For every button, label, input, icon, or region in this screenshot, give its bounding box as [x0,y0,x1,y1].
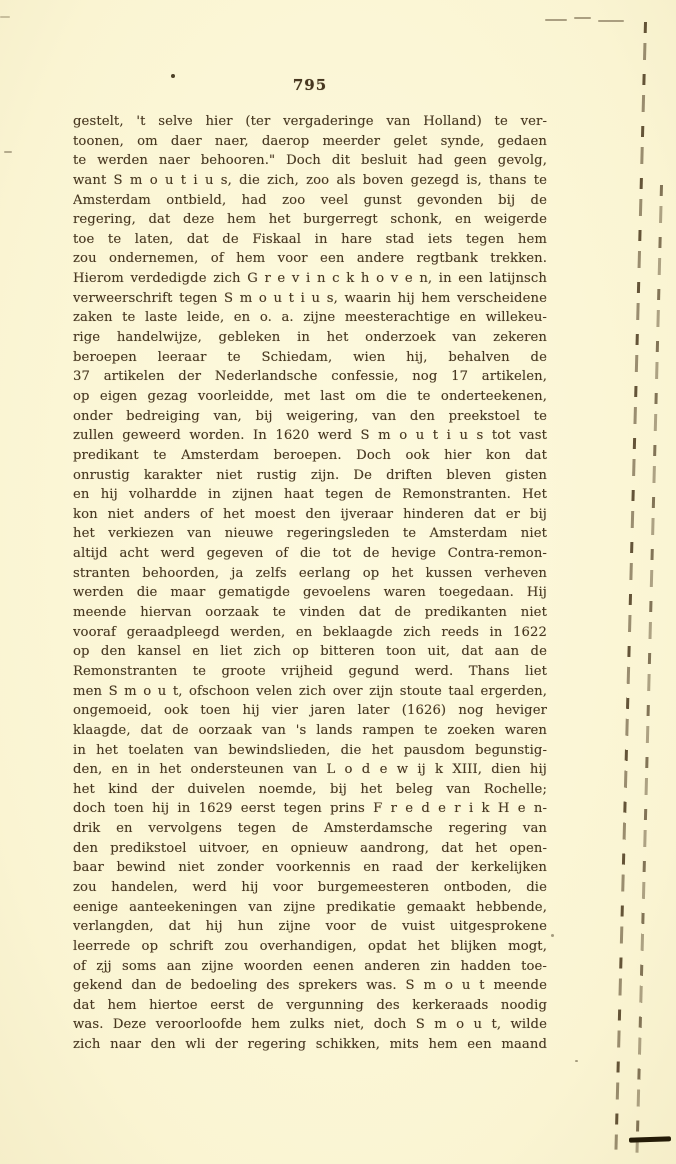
ink-speck [551,934,554,937]
scan-dash [545,19,567,21]
text-line: zich naar den wli der regering schikken,… [73,1035,547,1055]
text-line: op eigen gezag voorleidde, met last om d… [73,387,547,407]
scan-bottom-mark [629,1136,671,1142]
text-line: toe te laten, dat de Fiskaal in hare sta… [73,230,547,250]
text-line: eenige aanteekeningen van zijne predikat… [73,898,547,918]
text-line: leerrede op schrift zou overhandigen, op… [73,937,547,957]
text-line: verlangden, dat hij hun zijne voor de vu… [73,917,547,937]
ink-speck [171,74,175,78]
text-line: in het toelaten van bewindslieden, die h… [73,741,547,761]
text-line: men S m o u t, ofschoon velen zich over … [73,682,547,702]
text-line: en hij volhardde in zijnen haat tegen de… [73,485,547,505]
text-line: drik en vervolgens tegen de Amsterdamsch… [73,819,547,839]
scan-edge-line-inner [636,185,663,1153]
text-line: klaagde, dat de oorzaak van 's lands ram… [73,721,547,741]
text-line: op den kansel en liet zich op bitteren t… [73,642,547,662]
text-line: kon niet anders of het moest den ijveraa… [73,505,547,525]
scan-dash [0,16,10,18]
ink-speck [4,151,12,153]
text-line: predikant te Amsterdam beroepen. Doch oo… [73,446,547,466]
text-line: vooraf geraadpleegd werden, en beklaagde… [73,623,547,643]
text-line: werden die maar gematigde gevoelens ware… [73,583,547,603]
text-line: zaken te laste leide, en o. a. zijne mee… [73,308,547,328]
text-line: Remonstranten te groote vrijheid gegund … [73,662,547,682]
text-line: stranten behoorden, ja zelfs eerlang op … [73,564,547,584]
text-line: onrustig karakter niet rustig zijn. De d… [73,466,547,486]
body-text: gestelt, 't selve hier (ter vergaderinge… [73,112,547,1055]
text-line: gestelt, 't selve hier (ter vergaderinge… [73,112,547,132]
text-line: den predikstoel uitvoer, en opnieuw aand… [73,839,547,859]
text-line: den, en in het ondersteunen van L o d e … [73,760,547,780]
text-line: was. Deze veroorloofde hem zulks niet, d… [73,1015,547,1035]
text-line: regering, dat deze hem het burgerregt sc… [73,210,547,230]
text-line: het kind der duivelen noemde, bij het be… [73,780,547,800]
scanned-book-page: { "page": { "number": "795" }, "body": {… [0,0,676,1164]
text-line: beroepen leeraar te Schiedam, wien hij, … [73,348,547,368]
text-line: verweerschrift tegen S m o u t i u s, wa… [73,289,547,309]
text-line: te werden naer behooren." Doch dit beslu… [73,151,547,171]
text-line: meende hiervan oorzaak te vinden dat de … [73,603,547,623]
scan-dash [574,17,591,19]
text-line: 37 artikelen der Nederlandsche confessie… [73,367,547,387]
text-line: het verkiezen van nieuwe regeringsleden … [73,524,547,544]
text-line: toonen, om daer naer, daerop meerder gel… [73,132,547,152]
text-line: want S m o u t i u s, die zich, zoo als … [73,171,547,191]
text-line: Hierom verdedigde zich G r e v i n c k h… [73,269,547,289]
text-line: zullen geweerd worden. In 1620 werd S m … [73,426,547,446]
scan-dash [598,20,624,22]
text-line: of zjj soms aan zijne woorden eenen ande… [73,957,547,977]
text-line: doch toen hij in 1629 eerst tegen prins … [73,799,547,819]
text-line: baar bewind niet zonder voorkennis en ra… [73,858,547,878]
text-line: gekend dan de bedoeling des sprekers was… [73,976,547,996]
text-line: zou ondernemen, of hem voor een andere r… [73,249,547,269]
text-line: Amsterdam ontbield, had zoo veel gunst g… [73,191,547,211]
text-line: dat hem hiertoe eerst de vergunning des … [73,996,547,1016]
ink-speck [575,1060,578,1062]
text-line: rige handelwijze, gebleken in het onderz… [73,328,547,348]
page-number: 795 [73,76,547,94]
text-line: ongemoeid, ook toen hij vier jaren later… [73,701,547,721]
text-line: onder bedreiging van, bij weigering, van… [73,407,547,427]
text-line: zou handelen, werd hij voor burgemeester… [73,878,547,898]
text-line: altijd acht werd gegeven of die tot de h… [73,544,547,564]
